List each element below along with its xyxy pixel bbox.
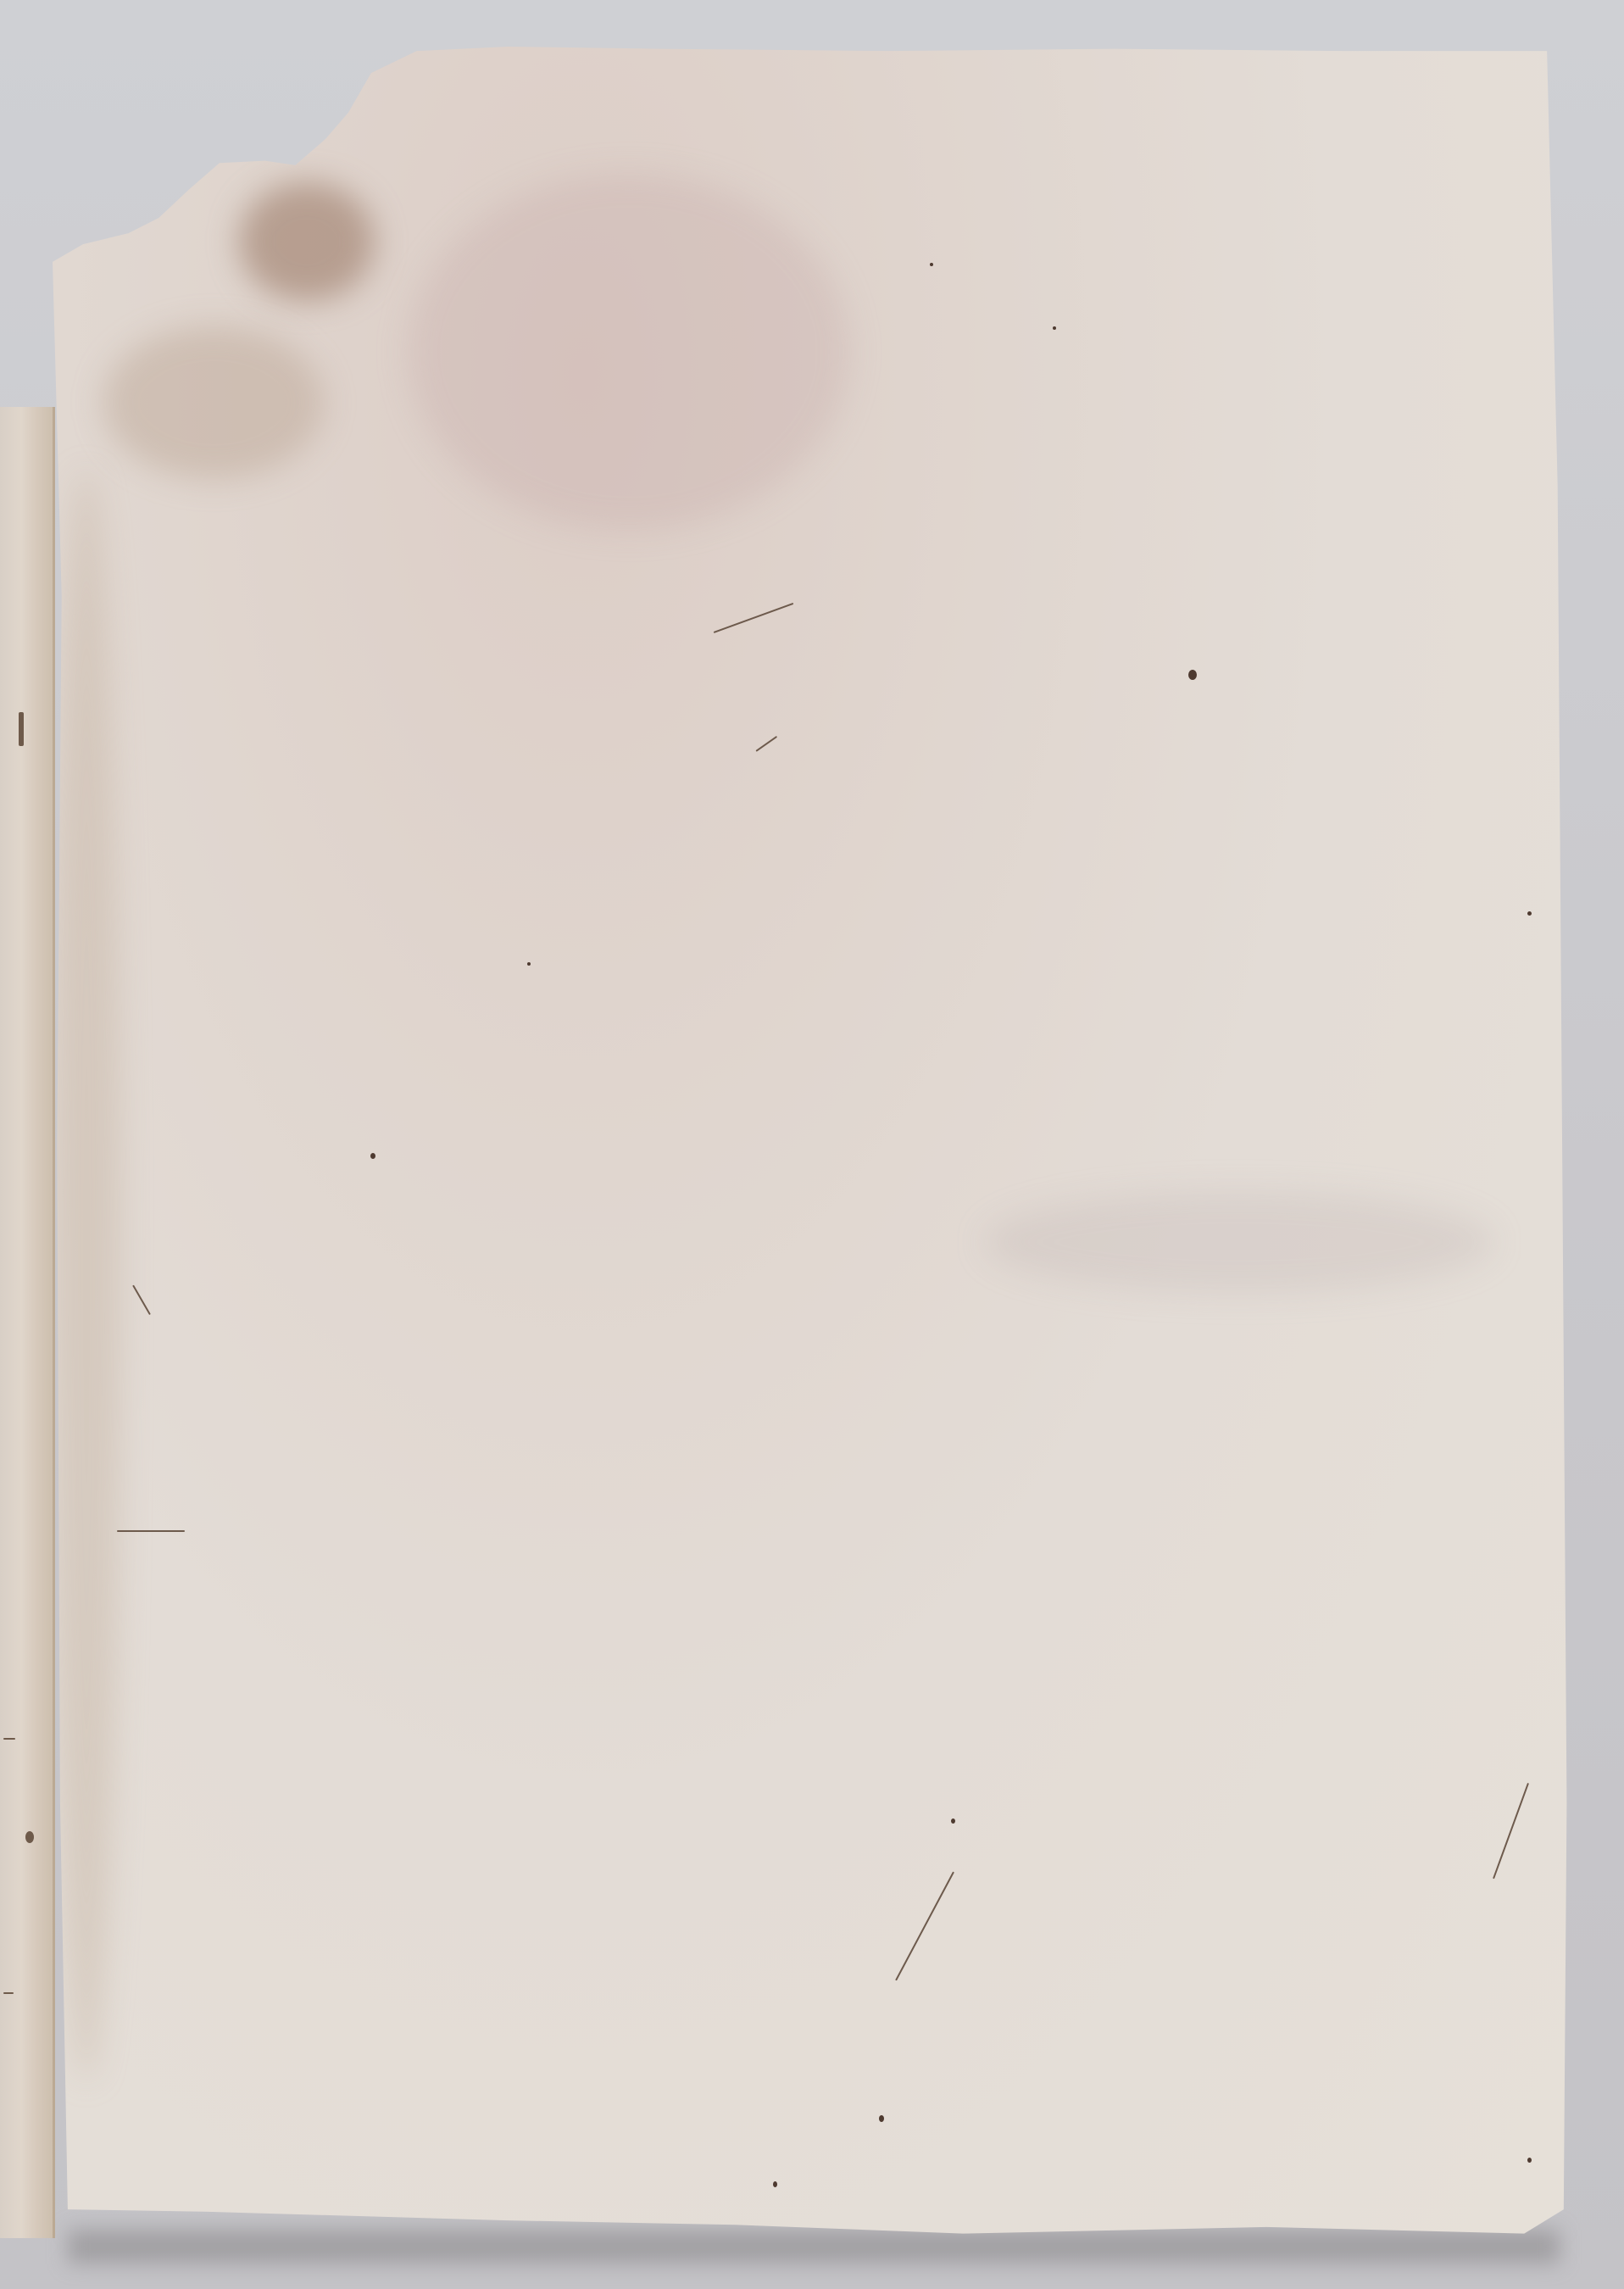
- speck: [1527, 2158, 1532, 2163]
- speck: [930, 263, 933, 266]
- sheet-shadow: [68, 2230, 1560, 2264]
- speck: [879, 2115, 884, 2122]
- speck: [773, 2181, 777, 2187]
- fiber: [1493, 1783, 1529, 1879]
- fiber: [117, 1530, 185, 1532]
- fiber: [132, 1285, 151, 1316]
- previous-page-edge: [0, 407, 55, 2238]
- speck: [951, 1818, 955, 1824]
- fold-shadow: [985, 1191, 1493, 1293]
- fiber: [755, 736, 777, 752]
- speck: [527, 962, 531, 966]
- fiber: [895, 1872, 954, 1981]
- gutter-stain: [53, 471, 120, 2081]
- speck: [1527, 911, 1532, 916]
- speck: [370, 1153, 375, 1159]
- corner-stain: [239, 182, 375, 301]
- fiber: [714, 603, 794, 633]
- paper-sheet: [53, 47, 1570, 2242]
- edge-mark: [3, 1992, 14, 1994]
- edge-mark: [25, 1831, 34, 1843]
- speck: [1188, 670, 1197, 680]
- edge-stain: [103, 326, 324, 479]
- speck: [1053, 326, 1056, 330]
- edge-mark: [19, 712, 24, 746]
- tide-stain: [409, 174, 849, 530]
- edge-mark: [3, 1738, 15, 1740]
